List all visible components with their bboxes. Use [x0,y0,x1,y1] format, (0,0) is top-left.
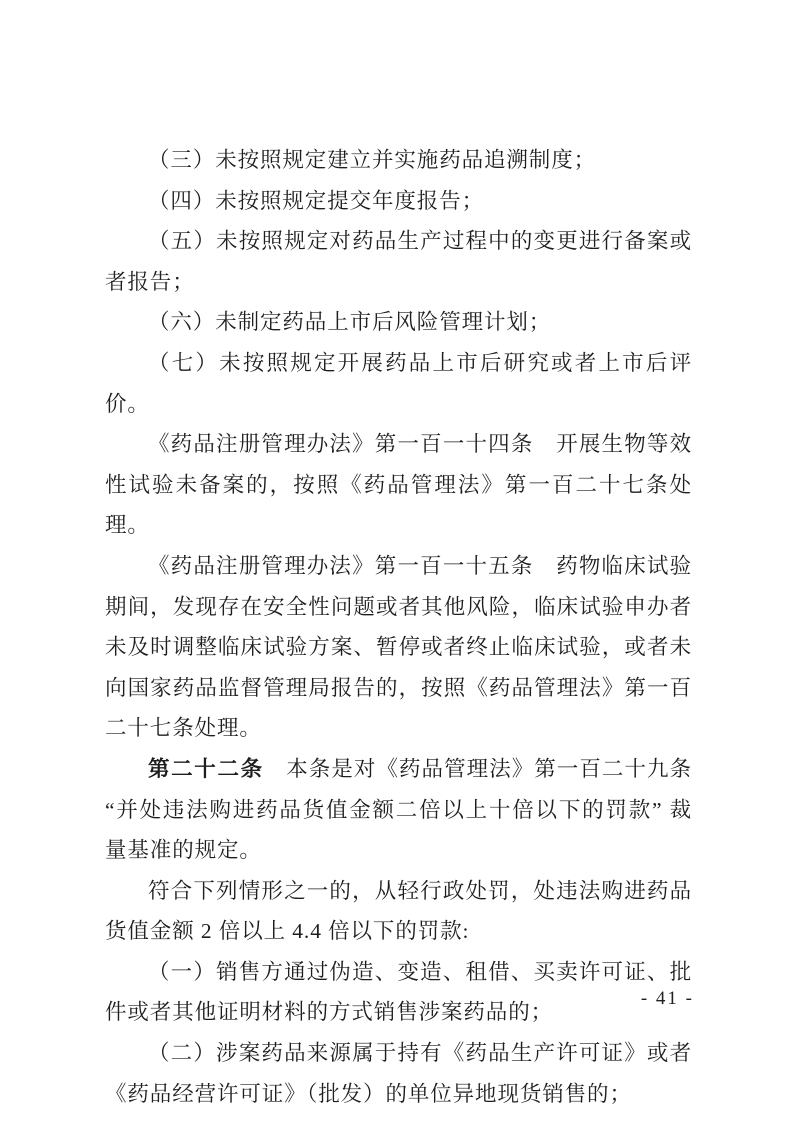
clause-item-7: （七）未按照规定开展药品上市后研究或者上市后评价。 [105,343,692,424]
paragraph-article-115: 《药品注册管理办法》第一百一十五条 药物临床试验期间，发现存在安全性问题或者其他… [105,546,692,749]
paragraph-penalty-range: 符合下列情形之一的，从轻行政处罚，处违法购进药品货值金额 2 倍以上 4.4 倍… [105,871,692,952]
document-page: （三）未按照规定建立并实施药品追溯制度； （四）未按照规定提交年度报告； （五）… [0,0,793,1122]
clause-item-6: （六）未制定药品上市后风险管理计划； [105,302,692,343]
text-block: （三）未按照规定建立并实施药品追溯制度； （四）未按照规定提交年度报告； （五）… [105,140,692,1114]
clause-item-1: （一）销售方通过伪造、变造、租借、买卖许可证、批件或者其他证明材料的方式销售涉案… [105,952,692,1033]
clause-item-2: （二）涉案药品来源属于持有《药品生产许可证》或者《药品经营许可证》（批发）的单位… [105,1033,692,1114]
paragraph-article-22: 第二十二条 本条是对《药品管理法》第一百二十九条 “并处违法购进药品货值金额二倍… [105,749,692,871]
clause-item-3: （三）未按照规定建立并实施药品追溯制度； [105,140,692,181]
page-number: - 41 - [641,988,694,1010]
clause-item-5: （五）未按照规定对药品生产过程中的变更进行备案或者报告； [105,221,692,302]
clause-item-4: （四）未按照规定提交年度报告； [105,181,692,222]
paragraph-article-114: 《药品注册管理办法》第一百一十四条 开展生物等效性试验未备案的，按照《药品管理法… [105,424,692,546]
article-22-heading: 第二十二条 [148,757,264,781]
